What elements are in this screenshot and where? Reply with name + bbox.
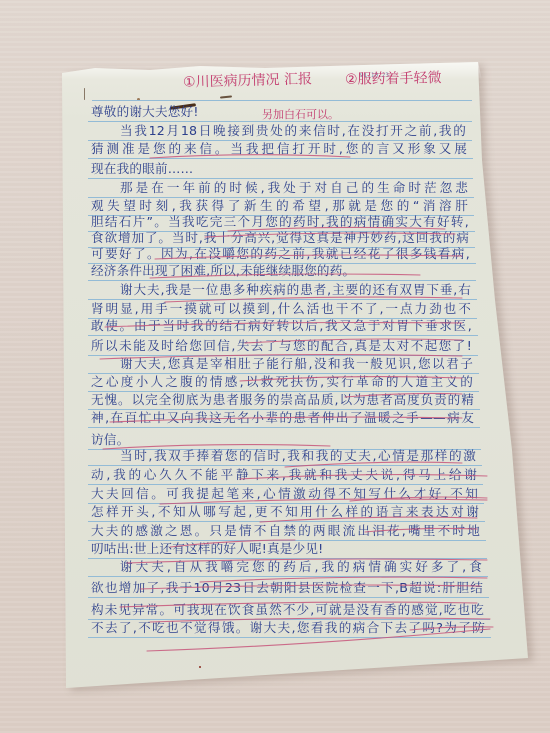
letter-line-text: 经济条件出现了困难,所以,未能继续服您的药。 <box>91 262 470 280</box>
paper-spot <box>199 666 201 668</box>
letter-line-text: 现在我的眼前…… <box>91 160 467 178</box>
letter-line-text: 可要好了。因为,在没嚼您的药之前,我就已经花了很多钱看病, <box>91 245 470 263</box>
paper-mark <box>84 88 85 100</box>
letter-line-text: 所以未能及时给您回信,失去了与您的配合,真是太对不起您了! <box>91 337 472 355</box>
letter-line-text: 敢使。由于当时我的结石病好转以后,我又急于对胃下垂求医, <box>91 317 472 335</box>
letter-line-text: 不去了,不吃也不觉得饿。谢大夫,您看我的病合下去了吗?为了防 <box>91 619 485 637</box>
letter-line: 怎样开头,不知从哪写起,更不知用什么样的语言来表达对谢 <box>88 503 485 522</box>
letter-line: 经济条件出现了困难,所以,未能继续服您的药。 <box>88 262 476 281</box>
letter-line: 当时,我双手捧着您的信时,我和我的丈夫,心情是那样的激 <box>88 447 482 466</box>
letter-line-text: 大夫回信。可我提起笔来,心情激动得不知写什么才好,不知 <box>91 485 478 503</box>
letter-line: 欲也增加了,我于10月23日去朝阳县医院检查一下,B超说:肝胆结 <box>88 579 489 598</box>
ruled-line <box>92 100 472 101</box>
letter-line: 谢大夫,我是一位患多种疾病的患者,主要的还有双胃下垂,右 <box>88 281 477 300</box>
letter-line: 神,在百忙中又向我这无名小辈的患者伸出了温暖之手——病友 <box>88 409 480 428</box>
letter-line: 谢大夫,您真是宰相肚子能行船,没和我一般见识,您以君子 <box>88 355 479 374</box>
letter-line: 之心度小人之腹的情感,以救死扶伤,实行革命的人道主义的 <box>88 373 479 392</box>
letter-line: 构未见异常。可我现在饮食虽然不少,可就是没有香的感觉,吃也吃 <box>88 601 490 620</box>
letter-line-text: 谢大夫,自从我嚼完您的药后,我的病情确实好多了,食 <box>120 558 482 576</box>
letter-line: 现在我的眼前…… <box>88 160 473 179</box>
letter-line-text: 谢大夫,您真是宰相肚子能行船,没和我一般见识,您以君子 <box>120 355 473 373</box>
letter-line-text: 尊敬的谢大夫您好! <box>91 103 466 121</box>
letter-line: 无愧。以完全彻底为患者服务的崇高品质,以为患者高度负责的精 <box>88 391 480 410</box>
letter-line-text: 神,在百忙中又向我这无名小辈的患者伸出了温暖之手——病友 <box>91 409 474 427</box>
letter-line: 谢大夫,自从我嚼完您的药后,我的病情确实好多了,食 <box>88 558 488 577</box>
letter-line: 大夫回信。可我提起笔来,心情激动得不知写什么才好,不知 <box>88 485 484 504</box>
letter-line-text: 叨咕出:世上还有这样的好人呢!真是少见! <box>91 540 481 558</box>
letter-line-text: 谢大夫,我是一位患多种疾病的患者,主要的还有双胃下垂,右 <box>120 281 471 299</box>
letter-line: 所以未能及时给您回信,失去了与您的配合,真是太对不起您了! <box>88 337 478 356</box>
letter-line-text: 大夫的感激之恩。只是情不自禁的两眼流出泪花,嘴里不时地 <box>91 522 480 540</box>
letter-line-text: 那是在一年前的时候,我处于对自己的生命时茫忽悲 <box>120 179 468 197</box>
letter-line: 尊敬的谢大夫您好! <box>88 103 472 122</box>
letter-line-text: 动,我的心久久不能平静下来,我就和我丈夫说,得马上给谢 <box>91 466 477 484</box>
letter-line-text: 当我12月18日晚接到贵处的来信时,在没打开之前,我的 <box>120 122 466 140</box>
letter-line: 大夫的感激之恩。只是情不自禁的两眼流出泪花,嘴里不时地 <box>88 522 486 541</box>
letter-line-text: 之心度小人之腹的情感,以救死扶伤,实行革命的人道主义的 <box>91 373 473 391</box>
letter-line: 敢使。由于当时我的结石病好转以后,我又急于对胃下垂求医, <box>88 317 478 336</box>
letter-line: 猜测准是您的来信。当我把信打开时,您的言又形象又展 <box>88 140 473 159</box>
red-annotation-1: ①川医病历情况 汇报 <box>183 68 312 91</box>
letter-line: 不去了,不吃也不觉得饿。谢大夫,您看我的病合下去了吗?为了防 <box>88 619 491 638</box>
letter-line: 当我12月18日晚接到贵处的来信时,在没打开之前,我的 <box>88 122 472 141</box>
letter-line-text: 怎样开头,不知从哪写起,更不知用什么样的语言来表达对谢 <box>91 503 479 521</box>
letter-line-text: 猜测准是您的来信。当我把信打开时,您的言又形象又展 <box>91 140 467 158</box>
red-annotation-2: ②服药着手轻微 <box>345 67 442 89</box>
letter-line-text: 肾明显,用手一摸就可以摸到,什么活也干不了,一点力劲也不 <box>91 300 471 318</box>
letter-line-text: 当时,我双手捧着您的信时,我和我的丈夫,心情是那样的激 <box>120 447 476 465</box>
photo-background: ①川医病历情况 汇报 91.10.23 ②服药着手轻微 另加白石可以。 尊敬的谢… <box>0 0 550 733</box>
letter-line: 动,我的心久久不能平静下来,我就和我丈夫说,得马上给谢 <box>88 466 483 485</box>
letter-line: 那是在一年前的时候,我处于对自己的生命时茫忽悲 <box>88 179 474 198</box>
letter-line-text: 构未见异常。可我现在饮食虽然不少,可就是没有香的感觉,吃也吃 <box>91 601 484 619</box>
letter-line: 叨咕出:世上还有这样的好人呢!真是少见! <box>88 540 487 559</box>
letter-line-text: 欲也增加了,我于10月23日去朝阳县医院检查一下,B超说:肝胆结 <box>91 579 483 597</box>
letter-line-text: 无愧。以完全彻底为患者服务的崇高品质,以为患者高度负责的精 <box>91 391 474 409</box>
